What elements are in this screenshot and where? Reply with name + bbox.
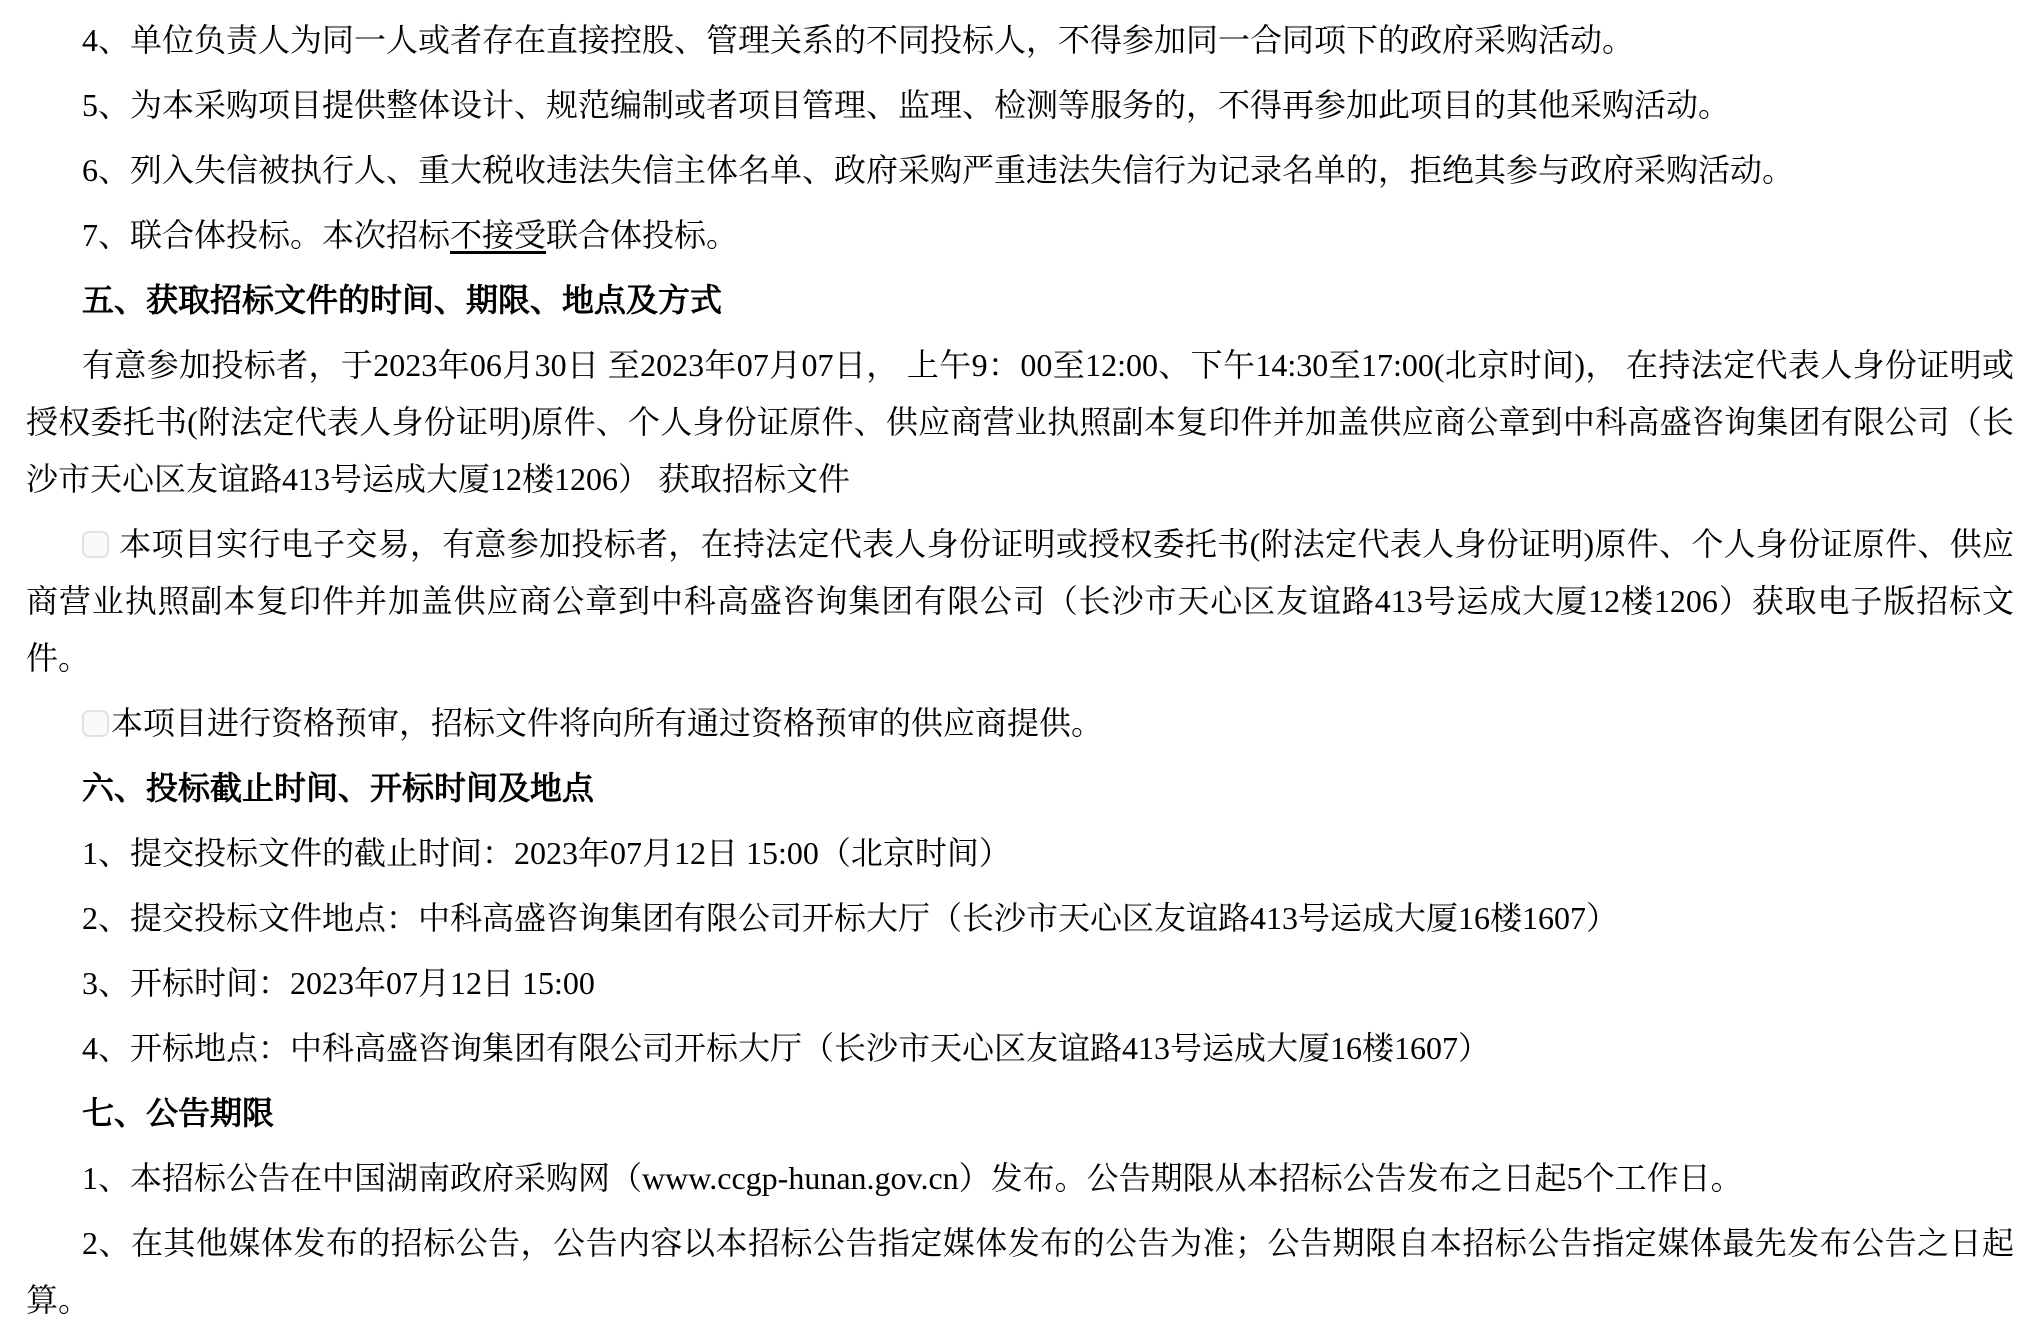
electronic-trading-text: 本项目实行电子交易，有意参加投标者，在持法定代表人身份证明或授权委托书(附法定代… [26, 526, 2014, 676]
bid-deadline-item-3: 3、开标时间：2023年07月12日 15:00 [26, 955, 2014, 1012]
clause-7-underlined-text: 不接受 [450, 217, 546, 253]
announcement-item-1: 1、本招标公告在中国湖南政府采购网（www.ccgp-hunan.gov.cn）… [26, 1150, 2014, 1207]
prequalification-text: 本项目进行资格预审，招标文件将向所有通过资格预审的供应商提供。 [111, 705, 1103, 741]
clause-item-5: 5、为本采购项目提供整体设计、规范编制或者项目管理、监理、检测等服务的，不得再参… [26, 77, 2014, 134]
checkbox-paragraph-prequalification: 本项目进行资格预审，招标文件将向所有通过资格预审的供应商提供。 [26, 695, 2014, 752]
checkbox-paragraph-electronic-trading: 本项目实行电子交易，有意参加投标者，在持法定代表人身份证明或授权委托书(附法定代… [26, 516, 2014, 687]
announcement-item-2: 2、在其他媒体发布的招标公告，公告内容以本招标公告指定媒体发布的公告为准；公告期… [26, 1215, 2014, 1329]
section-heading-announcement-period: 七、公告期限 [26, 1085, 2014, 1142]
clause-7-prefix: 7、联合体投标。本次招标 [82, 217, 450, 253]
bid-deadline-item-1: 1、提交投标文件的截止时间：2023年07月12日 15:00（北京时间） [26, 825, 2014, 882]
section-heading-bid-deadline: 六、投标截止时间、开标时间及地点 [26, 760, 2014, 817]
clause-7-suffix: 联合体投标。 [546, 217, 738, 253]
tender-notice-document: 4、单位负责人为同一人或者存在直接控股、管理关系的不同投标人，不得参加同一合同项… [0, 0, 2040, 1334]
clause-item-7: 7、联合体投标。本次招标不接受联合体投标。 [26, 207, 2014, 264]
bid-deadline-item-4: 4、开标地点：中科高盛咨询集团有限公司开标大厅（长沙市天心区友谊路413号运成大… [26, 1020, 2014, 1077]
electronic-trading-checkbox[interactable] [82, 531, 109, 558]
section-heading-obtain-documents: 五、获取招标文件的时间、期限、地点及方式 [26, 272, 2014, 329]
clause-item-4: 4、单位负责人为同一人或者存在直接控股、管理关系的不同投标人，不得参加同一合同项… [26, 12, 2014, 69]
bid-deadline-item-2: 2、提交投标文件地点：中科高盛咨询集团有限公司开标大厅（长沙市天心区友谊路413… [26, 890, 2014, 947]
prequalification-checkbox[interactable] [82, 710, 109, 737]
clause-item-6: 6、列入失信被执行人、重大税收违法失信主体名单、政府采购严重违法失信行为记录名单… [26, 142, 2014, 199]
paragraph-obtain-documents: 有意参加投标者，于2023年06月30日 至2023年07月07日， 上午9：0… [26, 337, 2014, 508]
